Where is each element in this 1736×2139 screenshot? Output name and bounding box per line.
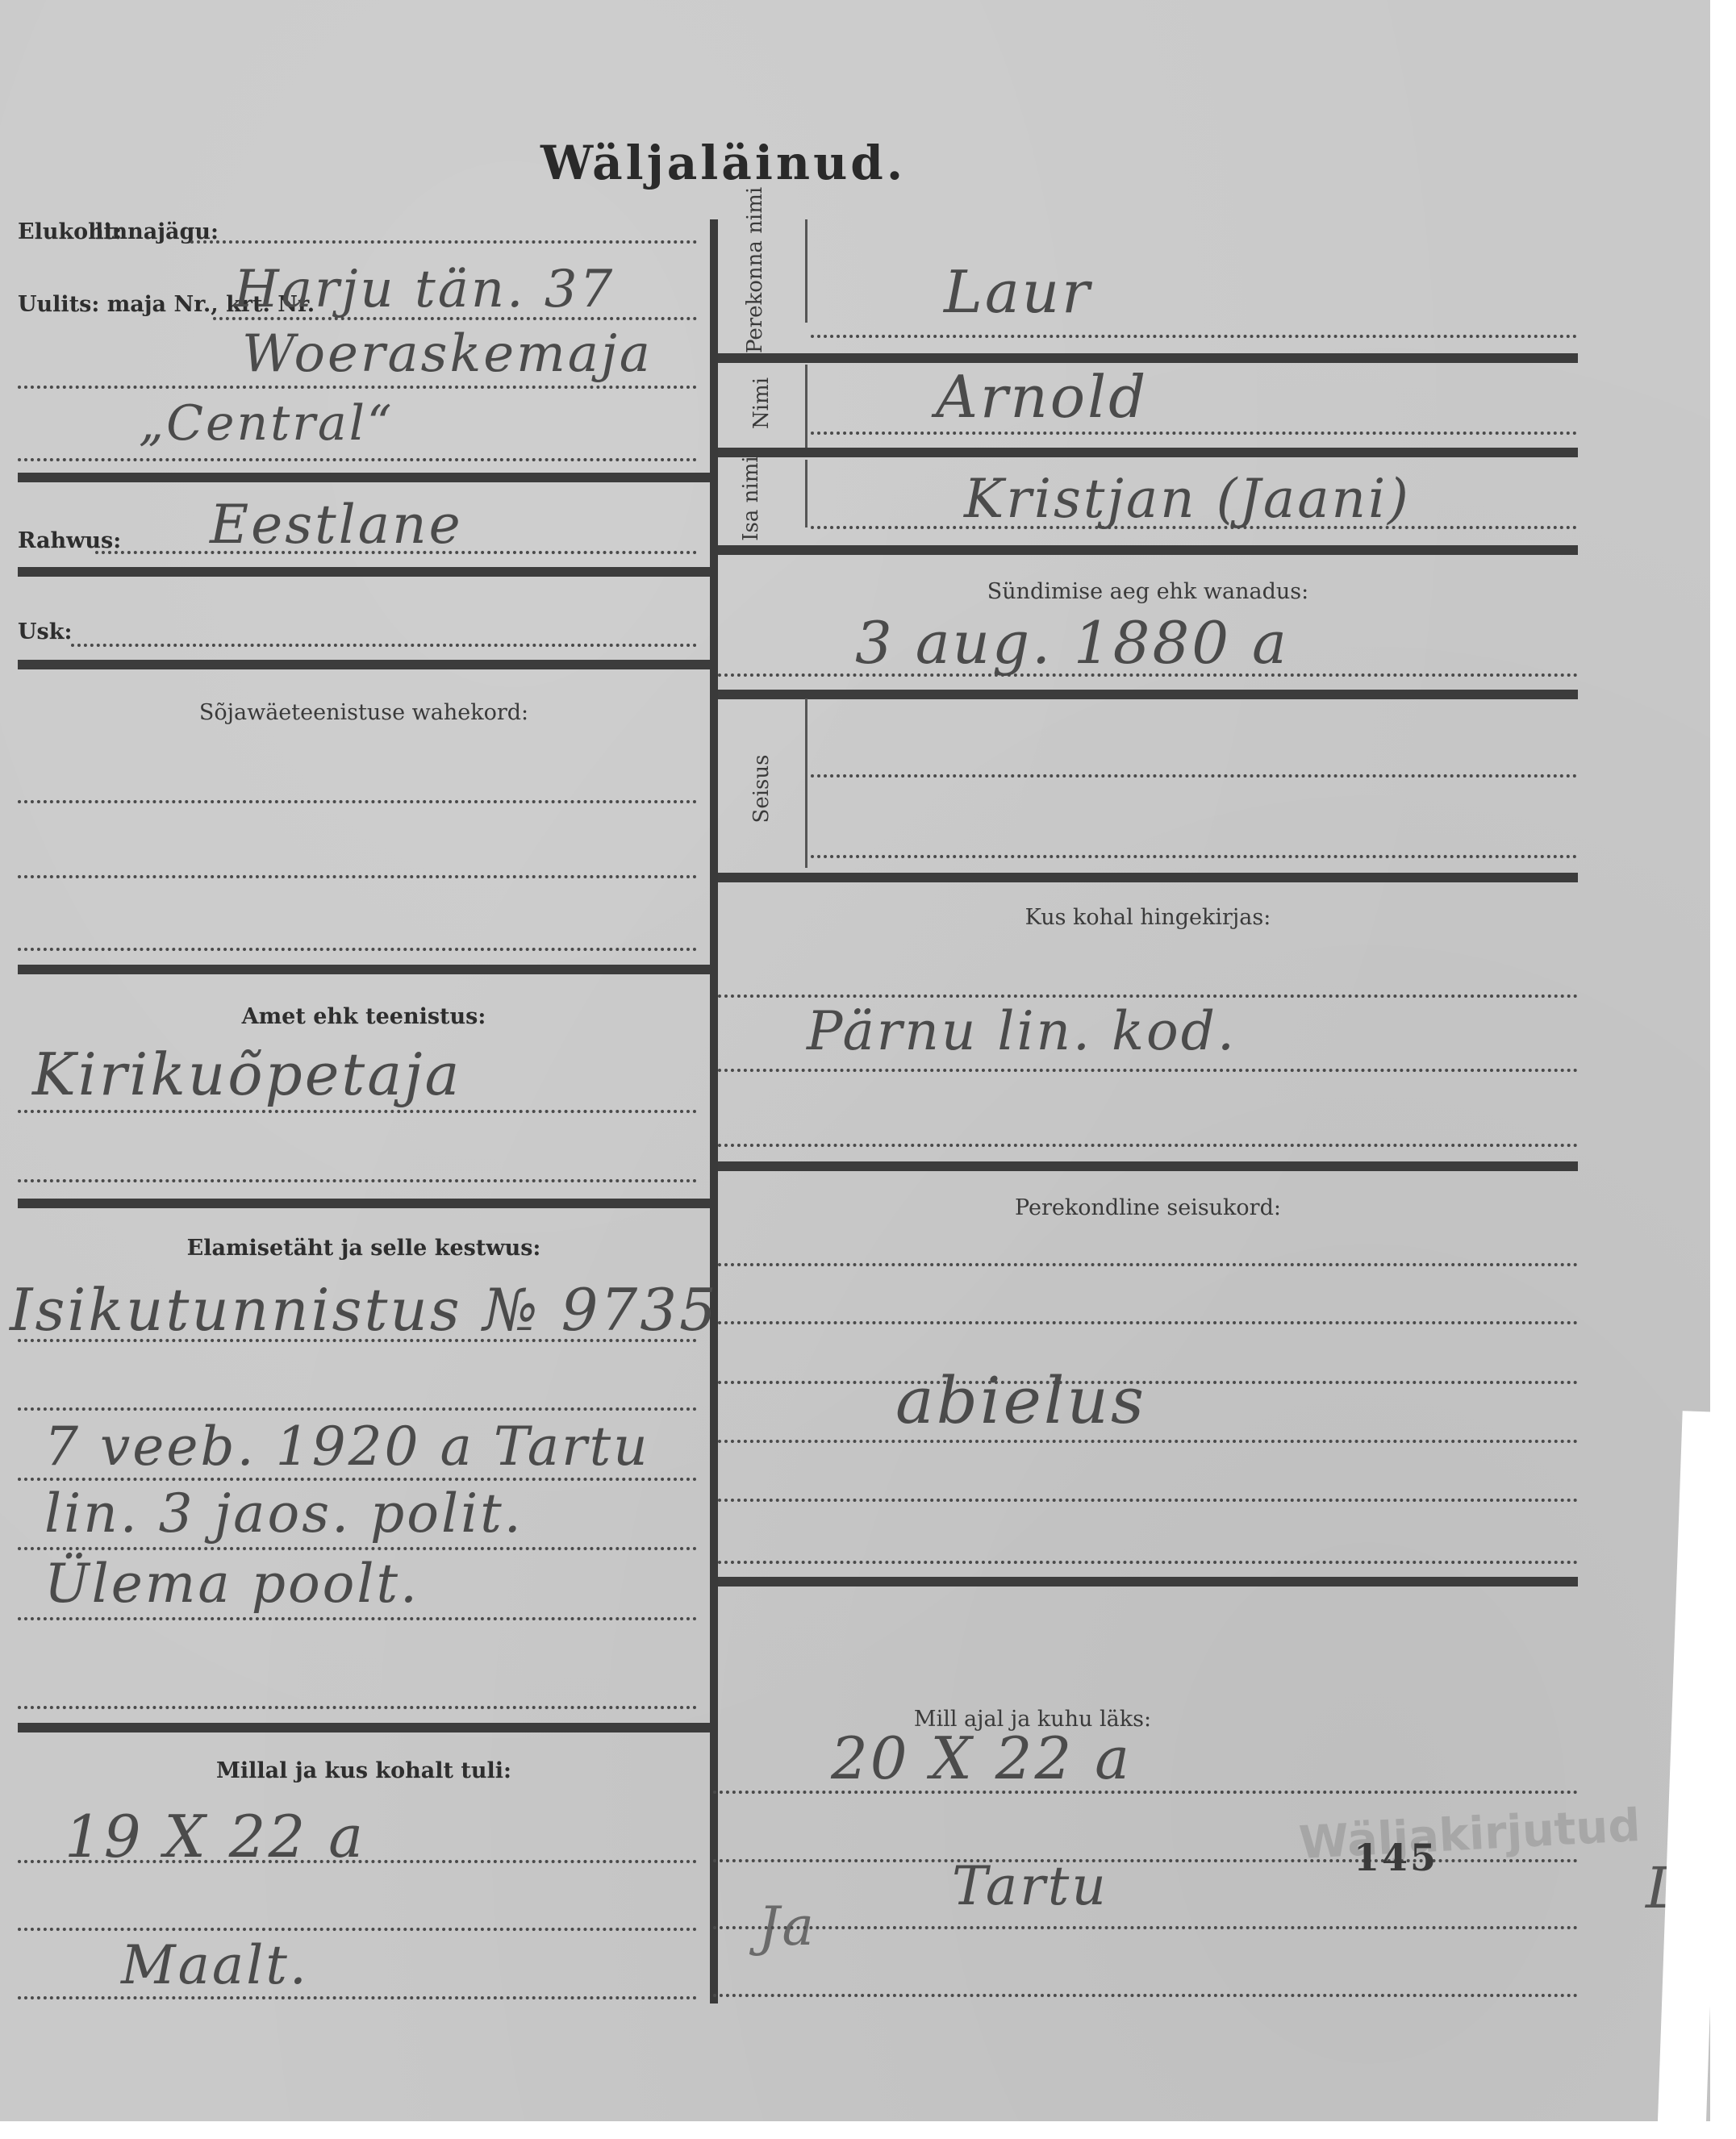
document-sheet: Wäljaläinud. Elukoht: linnajägu: Uulits:… <box>0 0 1710 2121</box>
label-military-status: Sõjawäeteenistuse wahekord: <box>18 700 710 725</box>
value-building: Woeraskemaja <box>242 324 653 384</box>
label-father-name: Isa nimi <box>740 454 785 543</box>
initials-right: Ls <box>1646 1855 1717 1921</box>
value-permit-line-2: 7 veeb. 1920 a Tartu <box>44 1416 650 1478</box>
label-cell-divider <box>805 698 807 868</box>
section-rule <box>18 660 710 669</box>
field-departure-line-1 <box>713 1791 1578 1794</box>
field-military-line-1 <box>18 800 697 803</box>
value-father-name: Kristjan (Jaani) <box>964 468 1411 530</box>
section-rule <box>18 473 710 482</box>
value-nationality: Eestlane <box>210 494 463 556</box>
label-registry-location: Kus kohal hingekirjas: <box>718 905 1578 930</box>
field-registry-line-1 <box>718 994 1578 998</box>
section-rule <box>18 1199 710 1208</box>
label-family-status: Perekondline seisukord: <box>718 1195 1578 1220</box>
field-birth-line <box>718 673 1578 677</box>
value-surname: Laur <box>944 258 1092 326</box>
label-cell-divider <box>805 365 807 452</box>
field-permit-line-5 <box>18 1617 697 1620</box>
field-registry-line-3 <box>718 1144 1578 1147</box>
section-rule <box>718 1161 1578 1171</box>
section-rule <box>718 873 1578 882</box>
field-registry-line-2 <box>718 1069 1578 1072</box>
field-arrival-line-3 <box>18 1996 697 1999</box>
field-religion-line <box>71 644 697 647</box>
label-occupation: Amet ehk teenistus: <box>18 1004 710 1029</box>
field-departure-line-3 <box>713 1926 1578 1929</box>
field-family-line-3 <box>718 1381 1578 1384</box>
field-surname-line <box>811 335 1577 338</box>
field-street-line-2 <box>18 386 697 389</box>
field-departure-line-4 <box>713 1994 1578 1997</box>
value-occupation: Kirikuõpetaja <box>32 1040 461 1108</box>
field-departure-line-2 <box>713 1859 1578 1862</box>
field-family-line-4 <box>718 1440 1578 1443</box>
label-surname: Perekonna nimi <box>744 240 789 353</box>
field-father-name-line <box>811 526 1577 529</box>
section-rule <box>18 965 710 974</box>
field-family-line-2 <box>718 1321 1578 1324</box>
field-family-line-1 <box>718 1263 1578 1266</box>
field-family-line-6 <box>718 1561 1578 1564</box>
field-permit-line-4 <box>18 1547 697 1550</box>
column-divider <box>710 219 718 2003</box>
value-departure-place: Tartu <box>952 1855 1108 1917</box>
value-street: Harju tän. 37 <box>234 260 615 319</box>
value-departure-date: 20 X 22 a <box>831 1724 1132 1792</box>
section-rule <box>718 1577 1578 1587</box>
value-first-name: Arnold <box>936 363 1148 431</box>
value-permit-line-4: Ülema poolt. <box>44 1553 419 1615</box>
label-cell-divider <box>805 460 807 527</box>
field-military-line-2 <box>18 875 697 878</box>
field-permit-line-3 <box>18 1478 697 1481</box>
label-residence-permit: Elamisetäht ja selle kestwus: <box>18 1236 710 1261</box>
value-registry-location: Pärnu lin. kod. <box>807 1000 1237 1062</box>
label-nationality: Rahwus: <box>18 528 121 553</box>
field-street-line-3 <box>18 458 697 461</box>
section-rule <box>18 567 710 577</box>
value-permit-line-3: lin. 3 jaos. polit. <box>44 1482 524 1545</box>
field-street-line <box>213 317 697 320</box>
value-family-status: abielus <box>895 1363 1146 1438</box>
field-occupation-line-1 <box>18 1110 697 1113</box>
label-religion: Usk: <box>18 619 72 644</box>
field-arrival-line-2 <box>18 1928 697 1931</box>
field-nationality-line <box>95 551 697 554</box>
field-linnajagu-line <box>190 240 697 244</box>
field-first-name-line <box>811 432 1577 435</box>
field-occupation-line-2 <box>18 1179 697 1182</box>
field-permit-line-2 <box>18 1407 697 1411</box>
section-rule <box>718 353 1578 363</box>
section-rule <box>718 690 1578 699</box>
label-social-status: Seisus <box>750 732 782 845</box>
section-rule <box>18 1723 710 1732</box>
value-permit-line-1: Isikutunnistus № 9735 <box>10 1276 719 1344</box>
field-permit-line-6 <box>18 1706 697 1709</box>
field-military-line-3 <box>18 948 697 951</box>
section-rule <box>718 545 1578 555</box>
value-building-name: „Central“ <box>139 395 394 452</box>
label-birth-date: Sündimise aeg ehk wanadus: <box>718 579 1578 604</box>
field-family-line-5 <box>718 1499 1578 1502</box>
document-title: Wäljaläinud. <box>540 136 906 190</box>
label-arrival: Millal ja kus kohalt tuli: <box>18 1758 710 1783</box>
value-birth-date: 3 aug. 1880 a <box>855 609 1289 677</box>
field-permit-line-1 <box>18 1339 697 1342</box>
note-number: 145 <box>1354 1836 1438 1879</box>
value-arrival-place: Maalt. <box>121 1934 309 1996</box>
field-status-line-1 <box>811 774 1577 778</box>
field-status-line-2 <box>811 855 1577 858</box>
label-cell-divider <box>805 219 807 323</box>
label-first-name: Nimi <box>750 347 782 460</box>
field-arrival-line-1 <box>18 1860 697 1863</box>
section-rule <box>718 448 1578 457</box>
